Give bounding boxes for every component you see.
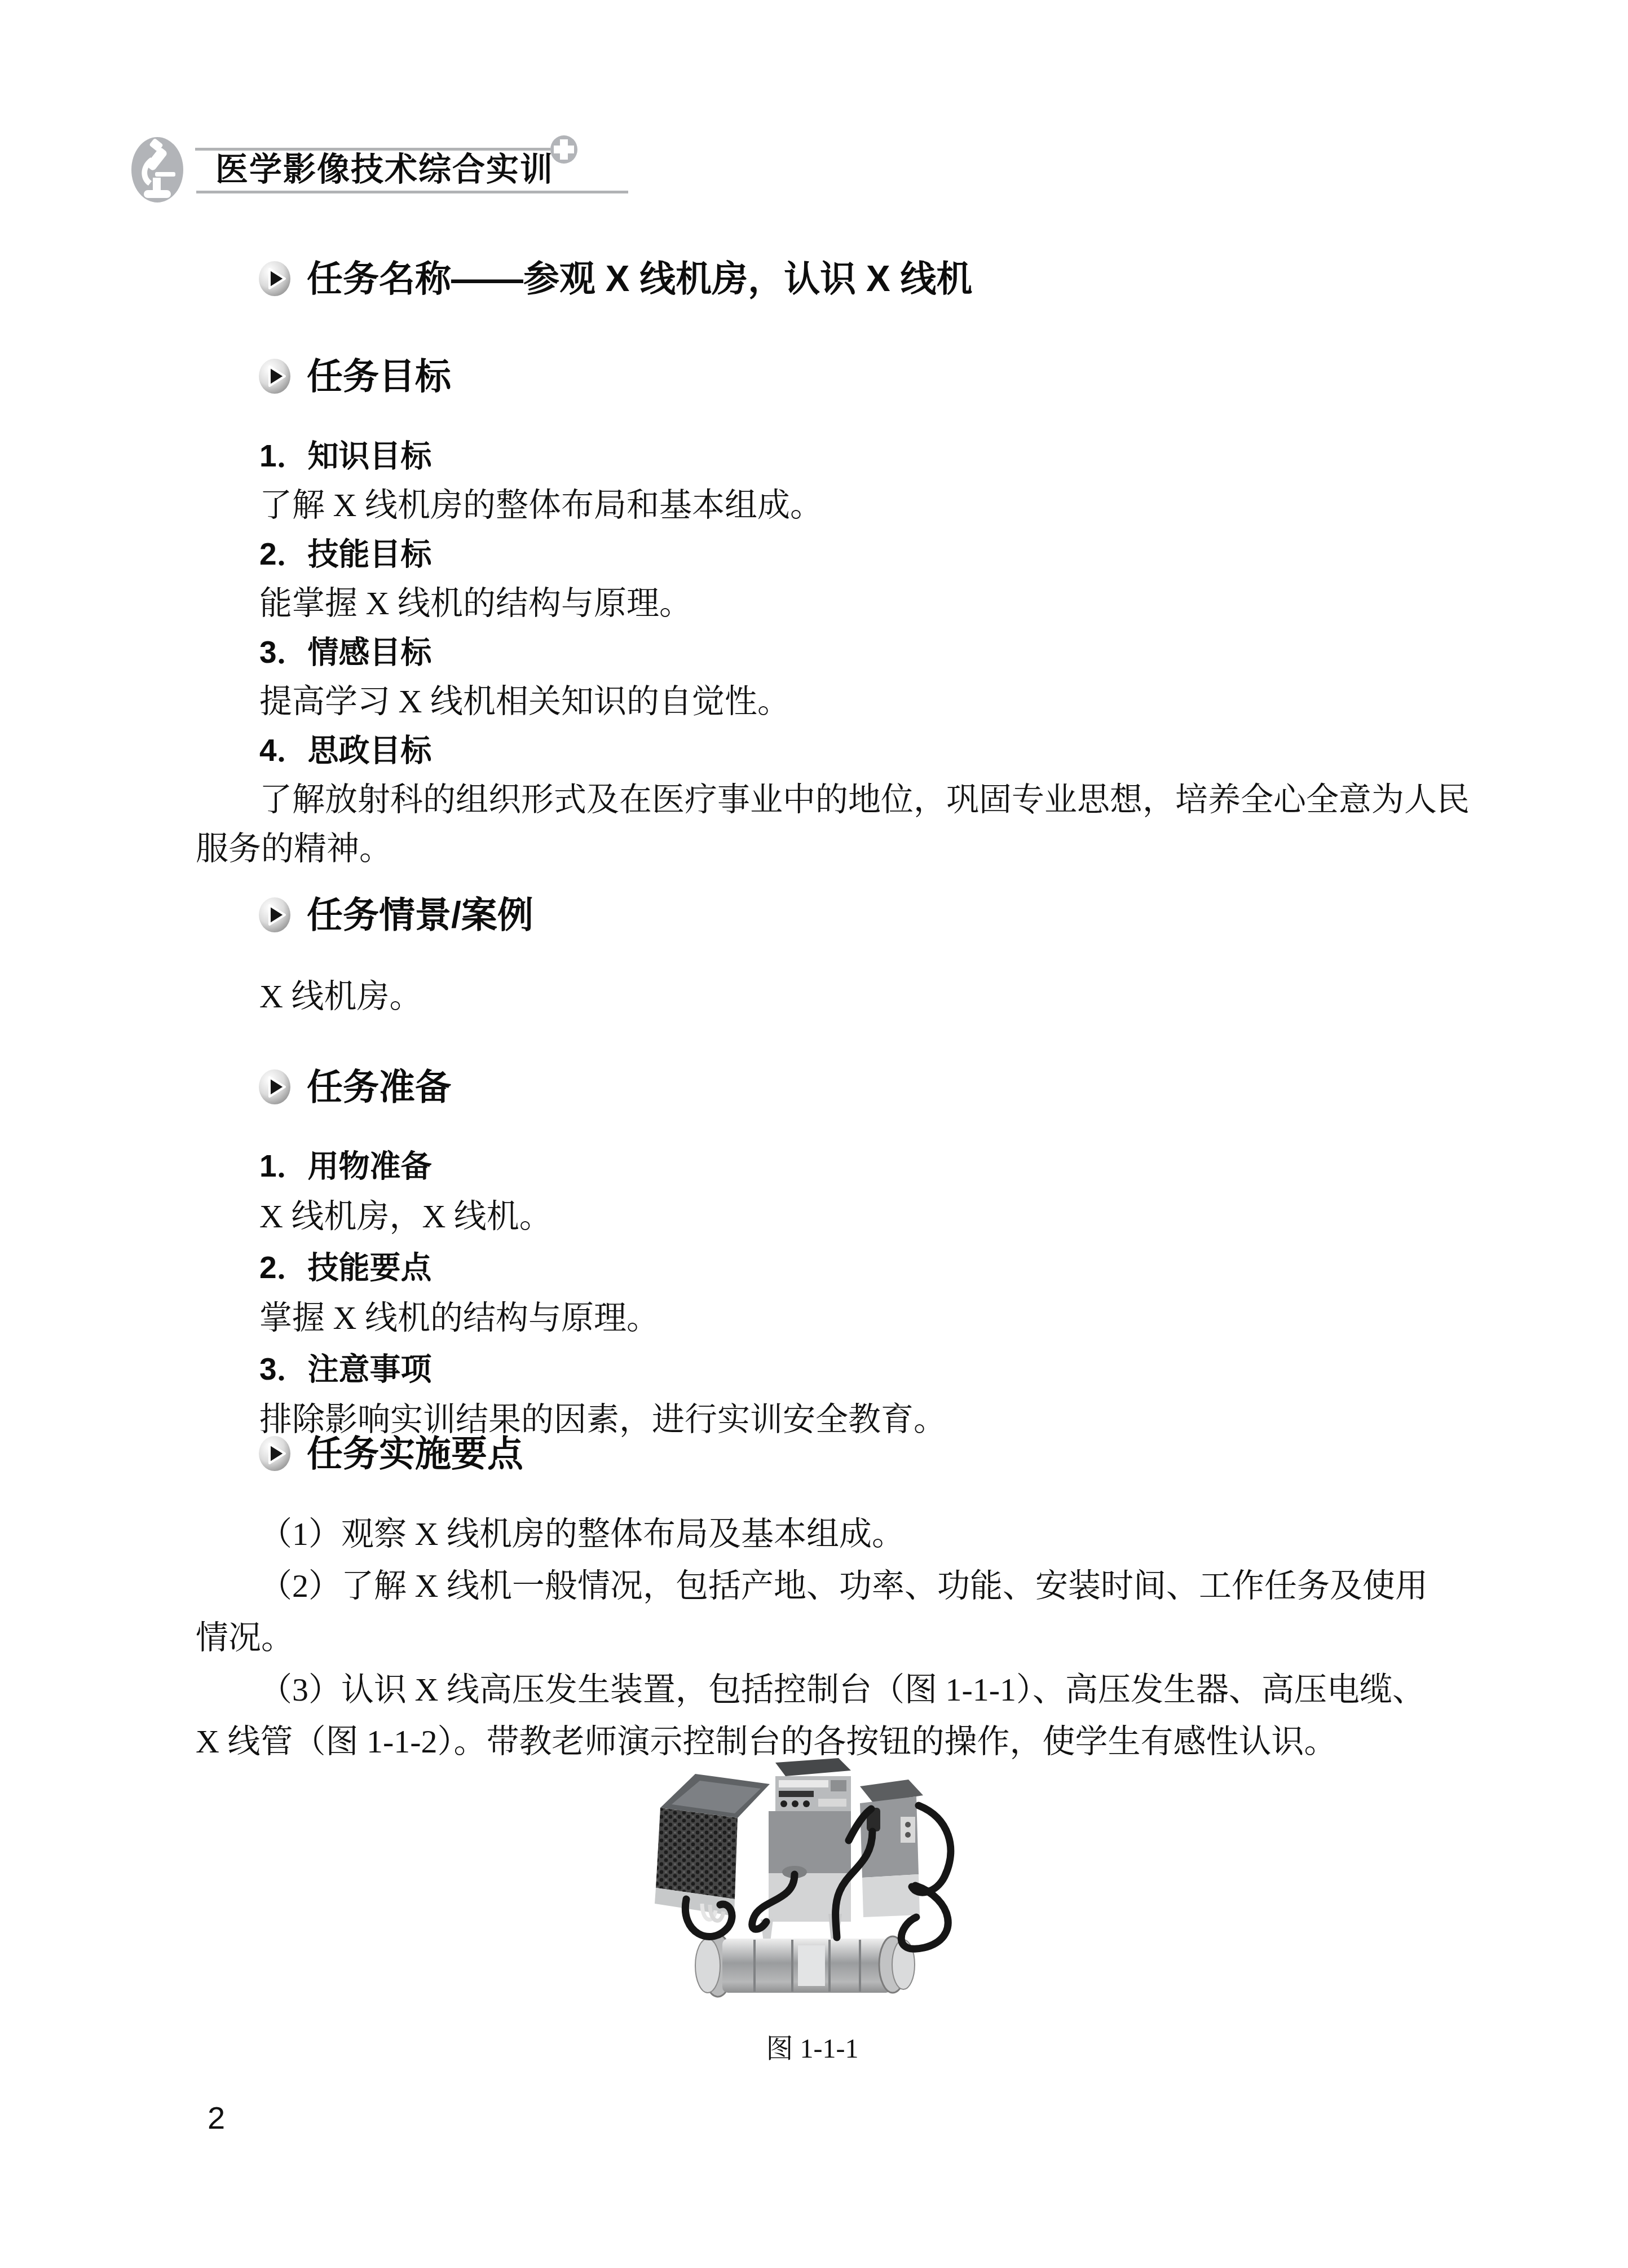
- header-rule-bottom: [196, 191, 628, 193]
- prep-text: X 线机房，X 线机。: [196, 1191, 1456, 1242]
- goal-text: 服务的精神。: [196, 824, 1456, 873]
- impl-step: 情况。: [196, 1612, 1456, 1664]
- header-logo-badge: [131, 137, 183, 202]
- page-number: 2: [208, 2099, 225, 2136]
- play-icon: [258, 261, 291, 297]
- prep-subheading: 1．用物准备: [196, 1140, 1456, 1191]
- goal-text: 了解放射科的组织形式及在医疗事业中的地位，巩固专业思想，培养全心全意为人民: [196, 775, 1456, 824]
- goal-subheading: 3．情感目标: [196, 628, 1456, 677]
- section-heading-scenario: 任务情景/案例: [258, 896, 533, 934]
- impl-step: （2）了解 X 线机一般情况，包括产地、功率、功能、安装时间、工作任务及使用: [196, 1560, 1456, 1612]
- section-title: 任务目标: [307, 357, 451, 395]
- xray-equipment-figure: [650, 1751, 974, 2000]
- book-title: 医学影像技术综合实训: [215, 152, 554, 187]
- generator-box: [655, 1774, 770, 1921]
- prep-text: 排除影响实训结果的因素，进行实训安全教育。: [196, 1394, 1456, 1445]
- goal-subheading: 2．技能目标: [196, 530, 1456, 579]
- book-page: 医学影像技术综合实训 任务名称——参观 X 线机房，认识 X 线机 任务目标 任…: [0, 0, 1628, 2268]
- section-title: 任务名称——参观 X 线机房，认识 X 线机: [307, 259, 973, 298]
- preparation-list: 1．用物准备 X 线机房，X 线机。 2．技能要点 掌握 X 线机的结构与原理。…: [196, 1140, 1456, 1445]
- goal-text: 提高学习 X 线机相关知识的自觉性。: [196, 677, 1456, 726]
- prep-subheading: 3．注意事项: [196, 1344, 1456, 1394]
- figure-caption: 图 1-1-1: [650, 2034, 974, 2064]
- section-heading-preparation: 任务准备: [258, 1068, 451, 1106]
- impl-step: （1）观察 X 线机房的整体布局及基本组成。: [196, 1508, 1456, 1560]
- impl-step: （3）认识 X 线高压发生装置，包括控制台（图 1-1-1）、高压发生器、高压电…: [196, 1664, 1456, 1716]
- section-title: 任务情景/案例: [307, 896, 533, 934]
- play-icon: [258, 358, 291, 394]
- play-icon: [258, 1069, 291, 1105]
- goal-subheading: 1．知识目标: [196, 431, 1456, 481]
- header-rule-top: [195, 148, 550, 151]
- implementation-list: （1）观察 X 线机房的整体布局及基本组成。 （2）了解 X 线机一般情况，包括…: [196, 1508, 1456, 1768]
- prep-text: 掌握 X 线机的结构与原理。: [196, 1293, 1456, 1344]
- microscope-icon: [131, 137, 183, 202]
- goal-text: 了解 X 线机房的整体布局和基本组成。: [196, 481, 1456, 530]
- prep-subheading: 2．技能要点: [196, 1242, 1456, 1293]
- section-title: 任务准备: [307, 1068, 451, 1106]
- goal-subheading: 4．思政目标: [196, 726, 1456, 775]
- section-heading-task-name: 任务名称——参观 X 线机房，认识 X 线机: [258, 259, 973, 298]
- goals-list: 1．知识目标 了解 X 线机房的整体布局和基本组成。 2．技能目标 能掌握 X …: [196, 431, 1456, 873]
- medical-cross-icon: [550, 135, 577, 164]
- section-heading-goals: 任务目标: [258, 357, 451, 395]
- play-icon: [258, 897, 291, 933]
- scenario-text: X 线机房。: [259, 979, 422, 1014]
- goal-text: 能掌握 X 线机的结构与原理。: [196, 579, 1456, 628]
